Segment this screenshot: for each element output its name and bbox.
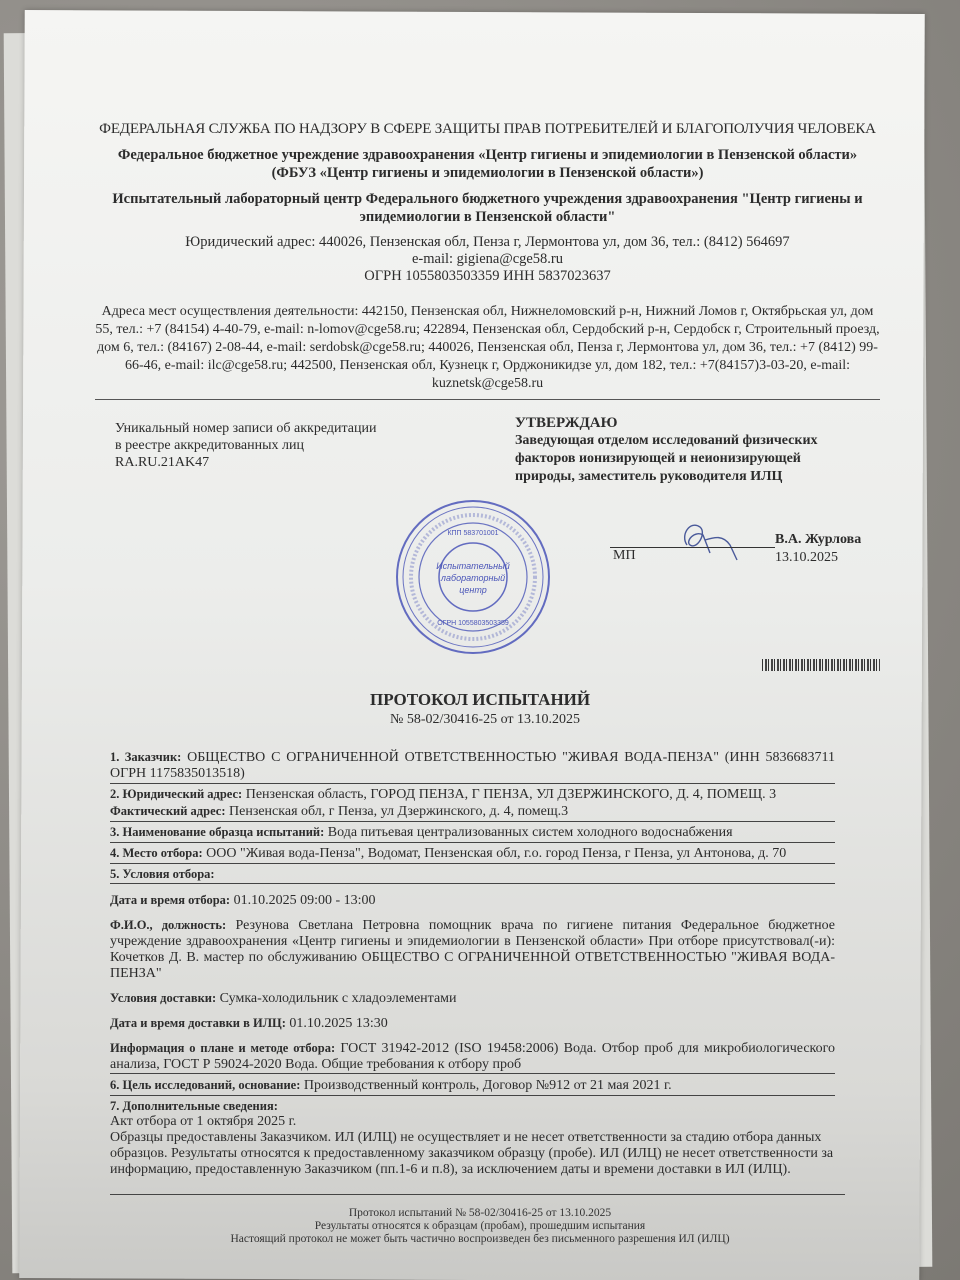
sampling-place-label: 4. Место отбора:	[110, 846, 203, 860]
activity-addresses: Адреса мест осуществления деятельности: …	[95, 303, 880, 393]
actual-address-value: Пензенская обл, г Пенза, ул Дзержинского…	[229, 804, 568, 819]
sampling-datetime-value: 01.10.2025 09:00 - 13:00	[234, 893, 376, 908]
delivery-conditions-label: Условия доставки:	[110, 991, 216, 1005]
lab-center-name: Испытательный лабораторный центр Федерал…	[95, 190, 880, 226]
svg-text:лабораторный: лабораторный	[440, 573, 505, 583]
delivery-conditions-value: Сумка-холодильник с хладоэлементами	[220, 991, 457, 1006]
header-email: e-mail: gigiena@cge58.ru	[95, 251, 880, 268]
approver-position: Заведующая отделом исследований физическ…	[515, 432, 845, 486]
additional-info-label: 7. Дополнительные сведения:	[110, 1098, 835, 1114]
sampling-act: Акт отбора от 1 октября 2025 г.	[110, 1114, 835, 1130]
delivery-datetime-value: 01.10.2025 13:30	[289, 1016, 387, 1031]
accreditation-number: RA.RU.21AK47	[115, 454, 415, 471]
section-address: 2. Юридический адрес: Пензенская область…	[110, 784, 835, 822]
official-stamp-icon: Испытательный лабораторный центр КПП 583…	[393, 497, 553, 657]
legal-address: Юридический адрес: 440026, Пензенская об…	[95, 234, 880, 251]
section-additional-info: 7. Дополнительные сведения: Акт отбора о…	[110, 1096, 835, 1179]
protocol-sections: 1. Заказчик: ОБЩЕСТВО С ОГРАНИЧЕННОЙ ОТВ…	[110, 747, 835, 1179]
legal-address-value: Пензенская область, ГОРОД ПЕНЗА, Г ПЕНЗА…	[246, 787, 776, 802]
section-sample-name: 3. Наименование образца испытаний: Вода …	[110, 822, 835, 843]
section-purpose: 6. Цель исследований, основание: Произво…	[110, 1075, 835, 1096]
accreditation-info: Уникальный номер записи об аккредитации …	[115, 420, 415, 471]
protocol-title: ПРОТОКОЛ ИСПЫТАНИЙ	[370, 690, 590, 710]
section-sampling-conditions: 5. Условия отбора: Дата и время отбора: …	[110, 864, 835, 1075]
accreditation-line1: Уникальный номер записи об аккредитации	[115, 420, 415, 437]
barcode	[762, 659, 880, 671]
accreditation-line2: в реестре аккредитованных лиц	[115, 437, 415, 454]
disclaimer-text: Образцы предоставлены Заказчиком. ИЛ (ИЛ…	[110, 1130, 835, 1178]
section-customer: 1. Заказчик: ОБЩЕСТВО С ОГРАНИЧЕННОЙ ОТВ…	[110, 747, 835, 784]
approval-title: УТВЕРЖДАЮ	[515, 414, 845, 432]
institution-short-name: (ФБУЗ «Центр гигиены и эпидемиологии в П…	[95, 164, 880, 182]
protocol-number: № 58-02/30416-25 от 13.10.2025	[390, 712, 580, 728]
approval-date: 13.10.2025	[775, 550, 838, 566]
footer-protocol-number: Протокол испытаний № 58-02/30416-25 от 1…	[180, 1207, 780, 1220]
sampling-datetime-label: Дата и время отбора:	[110, 893, 230, 907]
approval-block: УТВЕРЖДАЮ Заведующая отделом исследовани…	[515, 414, 845, 486]
delivery-datetime-label: Дата и время доставки в ИЛЦ:	[110, 1016, 286, 1030]
sampler-label: Ф.И.О., должность:	[110, 918, 226, 932]
header-divider	[95, 399, 880, 400]
sampling-place-value: ООО "Живая вода-Пенза", Водомат, Пензенс…	[206, 846, 786, 861]
institution-name: Федеральное бюджетное учреждение здравоо…	[95, 146, 880, 164]
actual-address-label: Фактический адрес:	[110, 804, 226, 818]
svg-text:ОГРН 1055803503359: ОГРН 1055803503359	[437, 620, 509, 627]
footer-divider	[110, 1194, 845, 1195]
legal-address-label: 2. Юридический адрес:	[110, 787, 242, 801]
sampling-method-label: Информация о плане и методе отбора:	[110, 1041, 335, 1055]
svg-text:КПП 583701001: КПП 583701001	[447, 530, 498, 537]
svg-text:центр: центр	[459, 585, 487, 595]
footer-results-note: Результаты относятся к образцам (пробам)…	[180, 1220, 780, 1233]
sampling-conditions-label: 5. Условия отбора:	[110, 866, 835, 884]
customer-value: ОБЩЕСТВО С ОГРАНИЧЕННОЙ ОТВЕТСТВЕННОСТЬЮ…	[110, 750, 835, 781]
signature-icon	[675, 515, 745, 565]
purpose-label: 6. Цель исследований, основание:	[110, 1078, 300, 1092]
footer-reproduction-note: Настоящий протокол не может быть частичн…	[180, 1233, 780, 1246]
purpose-value: Производственный контроль, Договор №912 …	[304, 1078, 672, 1093]
seal-mark: МП	[613, 548, 636, 564]
section-sampling-place: 4. Место отбора: ООО "Живая вода-Пенза",…	[110, 843, 835, 864]
customer-label: 1. Заказчик:	[110, 750, 181, 764]
page-footer: Протокол испытаний № 58-02/30416-25 от 1…	[180, 1207, 780, 1246]
sample-name-value: Вода питьевая централизованных систем хо…	[328, 825, 733, 840]
agency-name: ФЕДЕРАЛЬНАЯ СЛУЖБА ПО НАДЗОРУ В СФЕРЕ ЗА…	[95, 120, 880, 138]
sample-name-label: 3. Наименование образца испытаний:	[110, 825, 324, 839]
stamp-text: Испытательный	[436, 561, 510, 571]
ogrn-inn: ОГРН 1055803503359 ИНН 5837023637	[95, 268, 880, 285]
signer-name: В.А. Журлова	[775, 532, 861, 548]
